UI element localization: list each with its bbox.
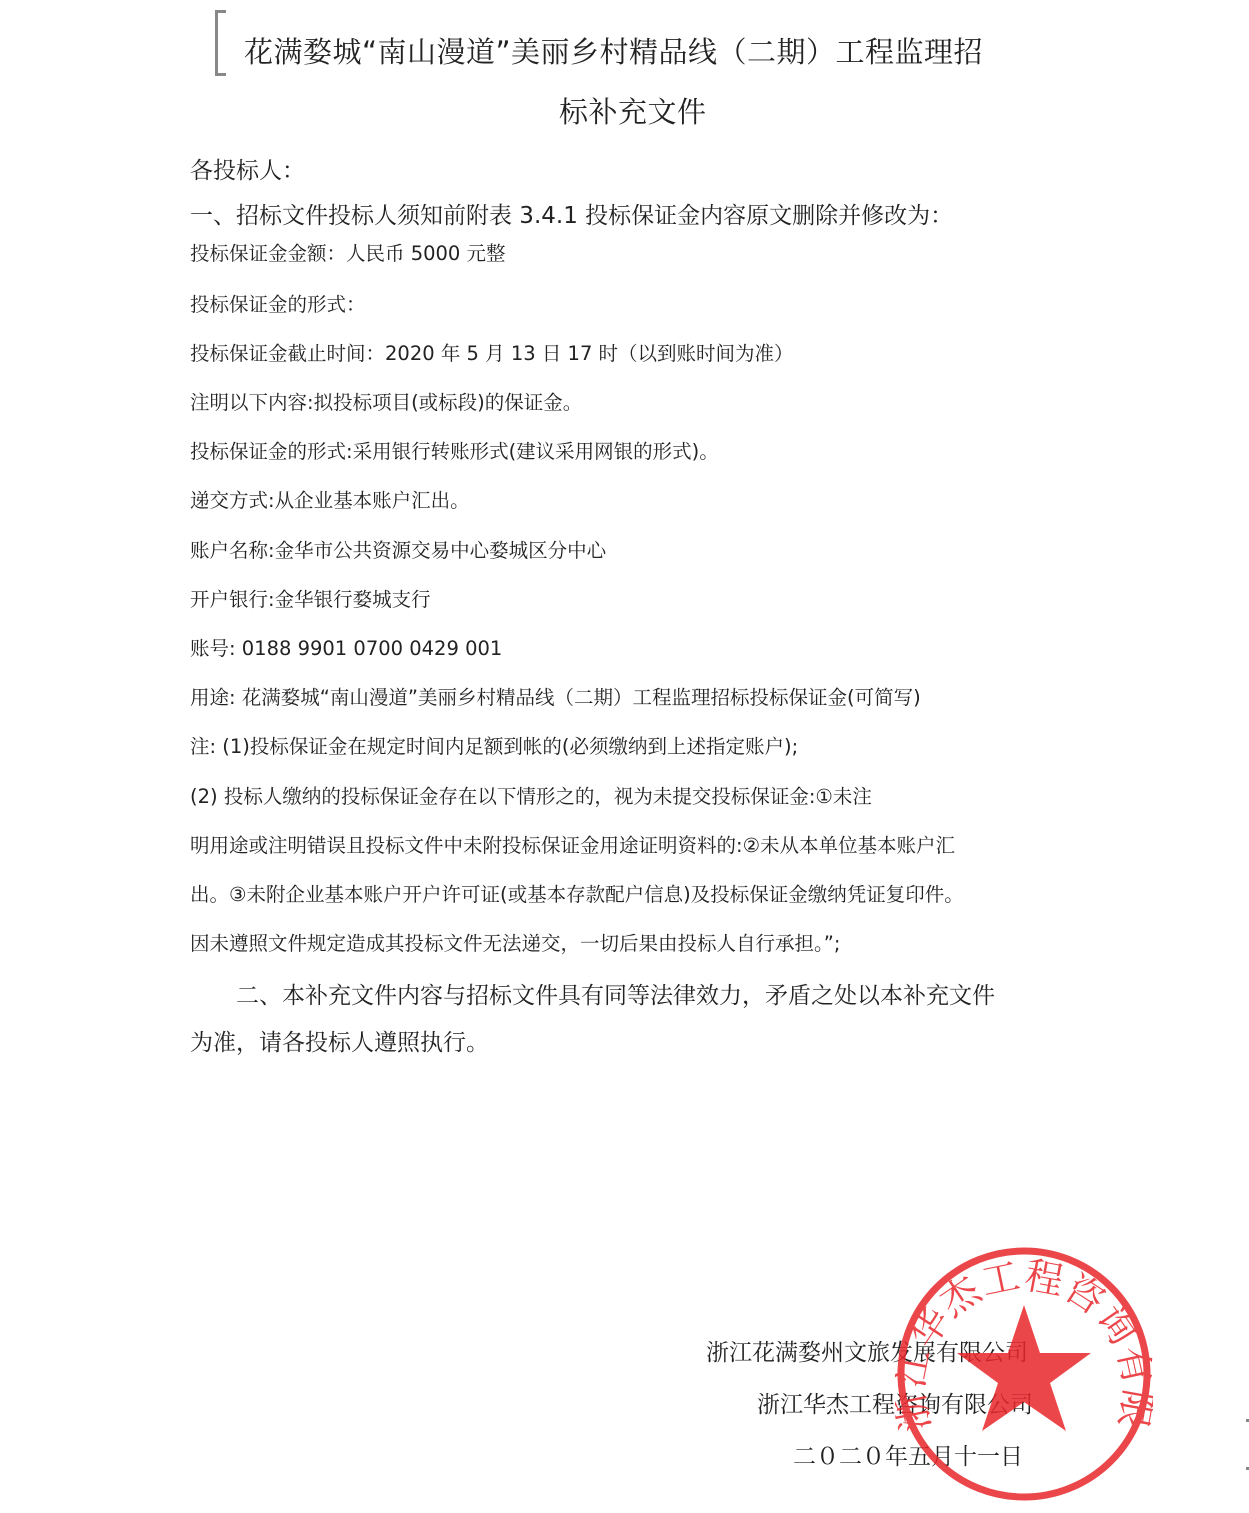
bid-bond-form-label: 投标保证金的形式： xyxy=(190,289,366,317)
bid-bond-note: 注明以下内容:拟投标项目(或标段)的保证金。 xyxy=(190,387,582,415)
account-number: 账号: 0188 9901 0700 0429 001 xyxy=(190,633,502,661)
salutation: 各投标人： xyxy=(190,152,305,185)
note-2-line-3: 出。③未附企业基本账户开户许可证(或基本存款配户信息)及投标保证金缴纳凭证复印件… xyxy=(190,879,964,907)
submission-method: 递交方式:从企业基本账户汇出。 xyxy=(190,485,470,513)
section-1-heading: 一、招标文件投标人须知前附表 3.4.1 投标保证金内容原文删除并修改为： xyxy=(190,197,953,230)
section-2-line-1: 二、本补充文件内容与招标文件具有同等法律效力，矛盾之处以本补充文件 xyxy=(190,977,995,1010)
document-page: 花满婺城“南山漫道”美丽乡村精品线（二期）工程监理招 标补充文件 各投标人： 一… xyxy=(0,0,1249,1513)
bid-bond-amount: 投标保证金金额：人民币 5000 元整 xyxy=(190,238,506,266)
title-bracket-decoration xyxy=(215,10,226,76)
bond-purpose: 用途: 花满婺城“南山漫道”美丽乡村精品线（二期）工程监理招标投标保证金(可简写… xyxy=(190,682,921,710)
note-2-line-4: 因未遵照文件规定造成其投标文件无法递交，一切后果由投标人自行承担。”; xyxy=(190,928,840,956)
bid-bond-deadline: 投标保证金截止时间：2020 年 5 月 13 日 17 时（以到账时间为准） xyxy=(190,338,794,366)
section-2-line-2: 为准，请各投标人遵照执行。 xyxy=(190,1024,489,1057)
signature-org-2: 浙江华杰工程咨询有限公司 xyxy=(757,1386,1033,1419)
account-name: 账户名称:金华市公共资源交易中心婺城区分中心 xyxy=(190,535,606,563)
document-title-line-1: 花满婺城“南山漫道”美丽乡村精品线（二期）工程监理招 xyxy=(244,30,983,71)
document-title-line-2: 标补充文件 xyxy=(559,90,707,131)
bank-name: 开户银行:金华银行婺城支行 xyxy=(190,584,431,612)
signature-org-1: 浙江花满婺州文旅发展有限公司 xyxy=(706,1334,1028,1367)
bid-bond-form: 投标保证金的形式:采用银行转账形式(建议采用网银的形式)。 xyxy=(190,436,719,464)
note-2-line-2: 明用途或注明错误且投标文件中未附投标保证金用途证明资料的:②未从本单位基本账户汇 xyxy=(190,830,955,858)
note-1: 注: (1)投标保证金在规定时间内足额到帐的(必须缴纳到上述指定账户); xyxy=(190,731,798,759)
note-2-line-1: (2) 投标人缴纳的投标保证金存在以下情形之的，视为未提交投标保证金:①未注 xyxy=(190,781,872,809)
signature-date: 二０二０年五月十一日 xyxy=(793,1438,1023,1471)
